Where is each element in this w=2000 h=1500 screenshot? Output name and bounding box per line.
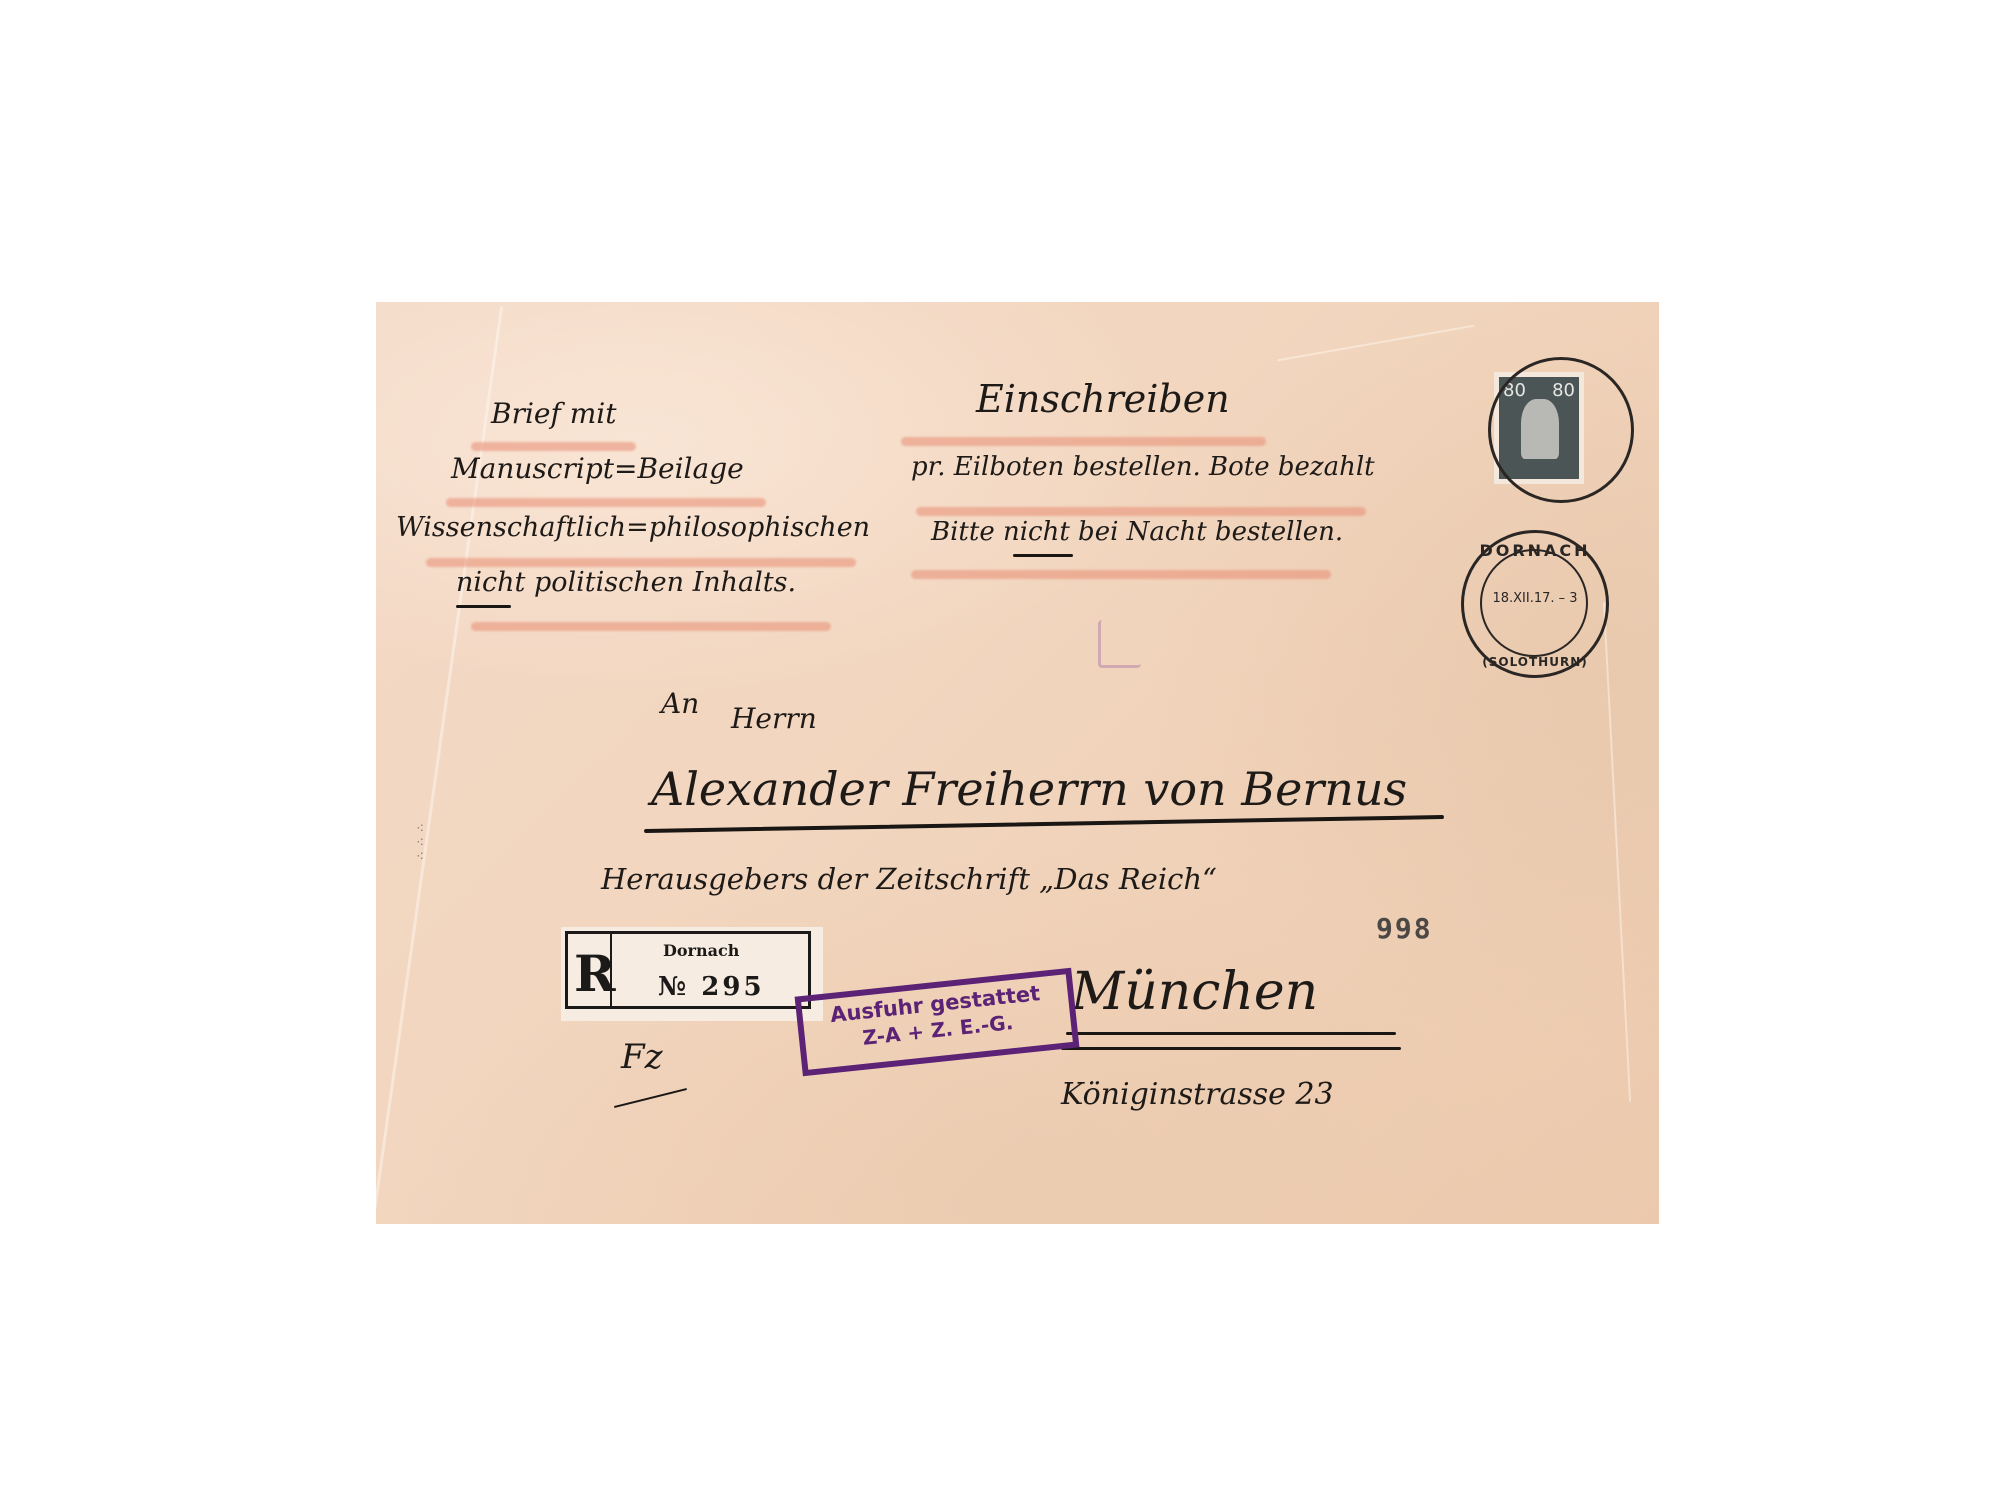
red-underline	[446, 498, 766, 507]
registration-label: R Dornach № 295	[561, 927, 823, 1021]
red-underline	[901, 437, 1266, 446]
recipient-city: München	[1071, 962, 1318, 1022]
registration-number: № 295	[658, 972, 765, 1002]
initials-stroke	[614, 1088, 687, 1108]
recipient-street: Königinstrasse 23	[1061, 1077, 1334, 1112]
city-underline	[1061, 1047, 1401, 1050]
number-stamp: 998	[1376, 912, 1433, 945]
red-underline	[911, 570, 1331, 579]
red-underline	[471, 442, 636, 451]
ink-underline-nicht	[456, 605, 511, 608]
registration-box: R Dornach № 295	[565, 931, 811, 1009]
recipient-title: Herausgebers der Zeitschrift „Das Reich“	[601, 862, 1217, 896]
recipient-name: Alexander Freiherrn von Bernus	[651, 762, 1407, 816]
left-note-line-3: Wissenschaftlich=philosophischen	[396, 512, 870, 543]
stamp-cancellation	[1488, 357, 1634, 503]
export-permit-stamp: Ausfuhr gestattet Z-A + Z. E.-G.	[795, 968, 1080, 1077]
center-note-line-2: Bitte nicht bei Nacht bestellen.	[931, 517, 1343, 547]
faint-stamp-mark	[1098, 620, 1141, 668]
envelope: Brief mit Manuscript=Beilage Wissenschaf…	[376, 302, 1659, 1224]
postmark-date: 18.XII.17. – 3	[1464, 591, 1606, 606]
paper-crease	[1603, 602, 1631, 1101]
registered-heading: Einschreiben	[976, 377, 1230, 421]
left-note-line-2: Manuscript=Beilage	[451, 452, 744, 485]
postmark: DORNACH 18.XII.17. – 3 (SOLOTHURN)	[1461, 530, 1609, 678]
address-salutation-herrn: Herrn	[731, 702, 817, 735]
address-salutation-an: An	[661, 687, 699, 720]
name-underline	[644, 815, 1444, 833]
registration-letter: R	[574, 944, 616, 1003]
left-note-line-4: nicht politischen Inhalts.	[456, 567, 796, 598]
center-note-line-1: pr. Eilboten bestellen. Bote bezahlt	[911, 452, 1375, 482]
postmark-canton: (SOLOTHURN)	[1464, 655, 1606, 669]
left-note-line-1: Brief mit	[491, 397, 617, 430]
red-underline	[471, 622, 831, 631]
faint-pencil-marks: ⁖⁖⁖	[416, 822, 424, 864]
ink-underline-nicht	[1013, 554, 1073, 557]
paper-crease	[1277, 325, 1474, 362]
postmark-town: DORNACH	[1464, 541, 1606, 560]
city-underline	[1066, 1032, 1396, 1035]
red-underline	[426, 558, 856, 567]
registration-place: Dornach	[663, 941, 739, 960]
initials: Fz	[621, 1037, 663, 1077]
red-underline	[916, 507, 1366, 516]
